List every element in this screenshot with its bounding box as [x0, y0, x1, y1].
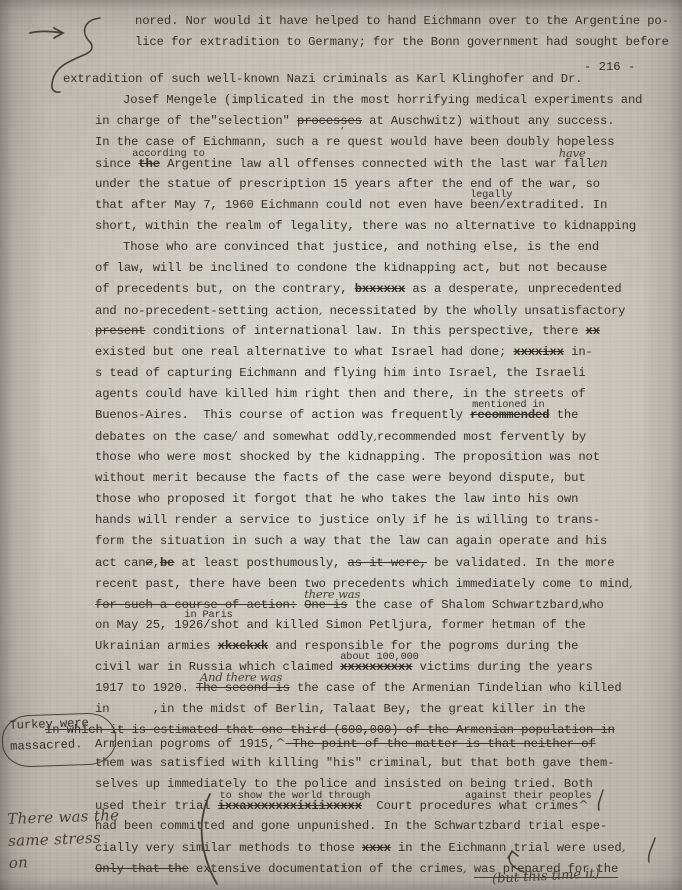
manuscript-line: hands will render a service to justice o…	[95, 513, 676, 534]
typed-text: short, within the realm of legality, the…	[95, 219, 636, 233]
typed-text: Argentine law all offenses connected wit…	[160, 157, 557, 171]
manuscript-line: existed but one real alternative to what…	[95, 345, 676, 366]
manuscript-line: agents could have killed him right then …	[95, 387, 676, 408]
margin-note-text: massacred.	[10, 736, 116, 761]
typed-text: hands will render a service to justice o…	[95, 513, 600, 527]
typed-text: necessitated by the wholly unsatisfactor…	[322, 304, 625, 318]
typed-text: them was satisfied with killing "his" cr…	[95, 756, 614, 770]
typed-text: of precedents but, on the contrary,	[95, 282, 355, 296]
typed-text: Josef Mengele (implicated in the most ho…	[123, 93, 642, 107]
typed-text: recommended most fervently by	[377, 430, 586, 444]
typed-text: who	[582, 598, 604, 612]
struck-text: bxxxxxx	[355, 282, 406, 296]
typed-text: as a desperate, unprecedented	[405, 282, 621, 296]
typed-text: extensive documentation of the crimes	[189, 862, 463, 876]
typed-text: in charge of the"selection"	[95, 114, 297, 128]
page-number: - 216 -	[584, 60, 635, 74]
typed-text: debates on the case	[95, 430, 232, 444]
manuscript-line: of law, will be inclined to condone the …	[95, 261, 676, 282]
typed-text: lice for extradition to Germany; for the…	[135, 35, 669, 49]
handwritten-mark: ’	[340, 124, 344, 138]
manuscript-line: Buenos-Aires. This course of action was …	[95, 408, 676, 429]
struck-text: xkxckxk	[218, 639, 269, 653]
struck-text: in which it is estimated that one third …	[45, 723, 615, 737]
typed-text: be validated. In the more	[427, 556, 615, 570]
handwritten-insertion: there was	[304, 587, 360, 601]
manuscript-line: act can∅,be at least posthumously, as it…	[95, 555, 676, 576]
manuscript-line: under the statue of prescription 15 year…	[95, 177, 676, 198]
handwritten-insertion: And there was	[200, 670, 282, 684]
manuscript-line: and no-precedent-setting action, necessi…	[95, 303, 676, 324]
manuscript-line: Those who are convinced that justice, an…	[123, 240, 676, 261]
manuscript-line: extradition of such well-known Nazi crim…	[63, 72, 676, 93]
typed-text: form the situation in such a way that th…	[95, 534, 607, 548]
manuscript-line: since according tothe Argentine law all …	[95, 156, 676, 177]
manuscript-line: in ,in the midst of Berlin, Talaat Bey, …	[95, 702, 676, 723]
struck-text: The point of the matter is that neither …	[285, 737, 595, 751]
typed-insertion: legally	[470, 189, 512, 201]
typed-insertion: about 100,000	[340, 651, 418, 663]
typed-insertion: mentioned in	[472, 399, 544, 411]
typed-insertion: against their peoples	[465, 790, 592, 802]
manuscript-line: lice for extradition to Germany; for the…	[135, 35, 676, 56]
typed-text: the case of the Armenian Tindelian who k…	[290, 681, 622, 695]
circled-margin-note: Turkey were massacred.	[1, 712, 117, 768]
struck-text: be	[160, 556, 174, 570]
manuscript-line: those who proposed it forgot that he who…	[95, 492, 676, 513]
typed-insertion: to show the world through	[220, 790, 371, 802]
manuscript-line: 1917 to 1920. And there wasThe second is…	[95, 681, 676, 702]
typed-insertion: in Paris	[184, 609, 232, 621]
typed-text: those who proposed it forgot that he who…	[95, 492, 578, 506]
typed-insertion: according to	[132, 148, 204, 160]
manuscript-line: Armenian pogroms of 1915,^ The point of …	[95, 736, 676, 756]
typed-text: and no-precedent-setting action	[95, 304, 319, 318]
typed-text: recent past, there have been two precede…	[95, 577, 629, 591]
typed-text: at Auschwitz) without any success.	[362, 114, 614, 128]
typed-text: nored. Nor would it have helped to hand …	[135, 14, 669, 28]
handwritten-mark: ,	[629, 576, 633, 590]
struck-text: as it were,	[348, 556, 427, 570]
manuscript-line: on May 25, 1926/in Parisshot and killed …	[95, 618, 676, 639]
typed-text: selves up immediately to the police and …	[95, 777, 593, 791]
manuscript-line: that after May 7, 1960 Eichmann could no…	[95, 198, 676, 219]
typed-text: shot and killed Simon Petljura, former h…	[210, 618, 585, 632]
manuscript-line: in charge of the"selection" processes at…	[95, 114, 676, 135]
typed-text: that after May 7, 1960 Eichmann could no…	[95, 198, 470, 212]
manuscript-line: without merit because the facts of the c…	[95, 471, 676, 492]
struck-text: processes	[297, 114, 362, 128]
typed-text: the case of Shalom Schwartzbard	[348, 598, 579, 612]
struck-text: ∅	[146, 556, 153, 570]
typed-text: of law, will be inclined to condone the …	[95, 261, 607, 275]
typed-text: act can	[95, 556, 146, 570]
manuscript-line: used their trial to show the world throu…	[95, 798, 676, 819]
manuscript-line: cially very similar methods to those xxx…	[95, 840, 676, 861]
struck-text: present	[95, 324, 146, 338]
typed-text: under the statue of prescription 15 year…	[95, 177, 600, 191]
typed-text: and responsible for the pogroms during t…	[268, 639, 578, 653]
typed-text: at least posthumously,	[174, 556, 347, 570]
typed-text: in the Eichmann trial were used	[391, 841, 622, 855]
typed-text: without merit because the facts of the c…	[95, 471, 586, 485]
typed-text: cially very similar methods to those	[95, 841, 362, 855]
manuscript-line: recent past, there have been two precede…	[95, 576, 676, 597]
typed-text: in-	[564, 345, 593, 359]
typed-text: Those who are convinced that justice, an…	[123, 240, 599, 254]
struck-text: xx	[586, 324, 600, 338]
struck-text: xxxxixx	[513, 345, 564, 359]
handwritten-mark: en	[593, 156, 608, 170]
manuscript-line: s tead of capturing Eichmann and flying …	[95, 366, 676, 387]
typed-text: Armenian pogroms of 1915,	[95, 737, 275, 751]
manuscript-page: - 216 - nored. Nor would it have helped …	[0, 0, 682, 890]
manuscript-line: civil war in Russia which claimed about …	[95, 660, 676, 681]
typed-text: the	[549, 408, 578, 422]
manuscript-line: those who were most shocked by the kidna…	[95, 450, 676, 471]
manuscript-line: nored. Nor would it have helped to hand …	[135, 14, 676, 35]
handwritten-mark: ,	[622, 840, 626, 854]
typed-text: In the case of Eichmann, such a re	[95, 135, 340, 149]
manuscript-line: for such a course of action: there wasOn…	[95, 597, 676, 618]
typed-text: 1917 to 1920.	[95, 681, 196, 695]
typed-text: s tead of capturing Eichmann and flying …	[95, 366, 586, 380]
handwritten-margin-note: There was the same stress on	[7, 804, 121, 874]
typed-text: in ,in the midst of Berlin, Talaat Bey, …	[95, 702, 586, 716]
typed-text: Buenos-Aires. This course of action was …	[95, 408, 470, 422]
manuscript-line: of precedents but, on the contrary, bxxx…	[95, 282, 676, 303]
manuscript-line: them was satisfied with killing "his" cr…	[95, 756, 676, 777]
typed-text: victims during the years	[412, 660, 592, 674]
manuscript-line: short, within the realm of legality, the…	[95, 219, 676, 240]
typed-text: existed but one real alternative to what…	[95, 345, 513, 359]
manuscript-line: debates on the case/ and somewhat oddly,…	[95, 429, 676, 450]
typed-text: had been committed and gone unpunished. …	[95, 819, 607, 833]
typed-text	[467, 862, 474, 876]
typed-text: Ukrainian armies	[95, 639, 218, 653]
manuscript-line: present conditions of international law.…	[95, 324, 676, 345]
typed-text: and somewhat oddly	[236, 430, 373, 444]
margin-note-text: There was the	[7, 804, 120, 830]
typed-text: ,	[153, 556, 160, 570]
manuscript-line: Josef Mengele (implicated in the most ho…	[123, 93, 676, 114]
manuscript-line: had been committed and gone unpunished. …	[95, 819, 676, 840]
handwritten-insertion: have	[559, 146, 586, 160]
manuscript-line: form the situation in such a way that th…	[95, 534, 676, 555]
margin-note-text: on	[8, 848, 121, 874]
manuscript-line: in which it is estimated that one third …	[45, 723, 676, 736]
typed-text: extradition of such well-known Nazi crim…	[63, 72, 582, 86]
typed-text: conditions of international law. In this…	[146, 324, 586, 338]
struck-text: xxxx	[362, 841, 391, 855]
handwritten-mark: ^	[275, 736, 285, 750]
typed-text: those who were most shocked by the kidna…	[95, 450, 600, 464]
